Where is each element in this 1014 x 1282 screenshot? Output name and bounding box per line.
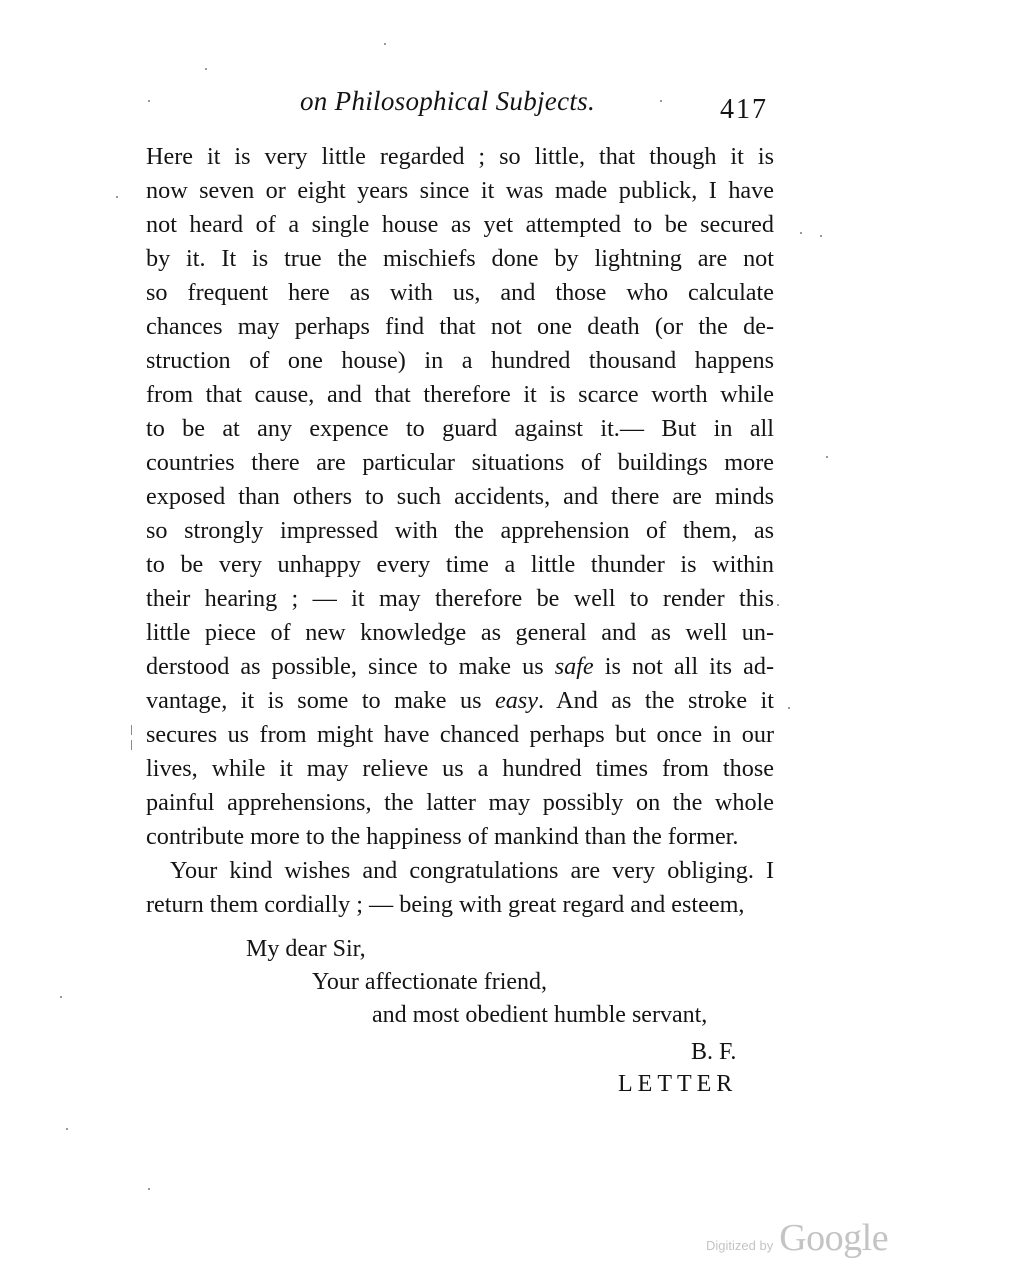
google-logo-text: Google	[779, 1217, 888, 1259]
scan-speck	[60, 996, 62, 998]
signature: B. F.	[691, 1037, 736, 1067]
scan-speck	[116, 196, 118, 198]
text-line: chances may perhaps find that not one de…	[146, 310, 774, 344]
digitized-watermark: Digitized by Google	[706, 1216, 888, 1260]
text-line: contribute more to the happiness of mank…	[146, 820, 774, 854]
text-line: countries there are particular situation…	[146, 446, 774, 480]
scan-speck	[820, 235, 822, 237]
scan-speck	[66, 1128, 68, 1130]
text-line: painful apprehensions, the latter may po…	[146, 786, 774, 820]
text-line: from that cause, and that therefore it i…	[146, 378, 774, 412]
scan-speck	[148, 100, 150, 102]
text-line: vantage, it is some to make us easy. And…	[146, 684, 774, 718]
text-line: now seven or eight years since it was ma…	[146, 174, 774, 208]
text-line: their hearing ; — it may therefore be we…	[146, 582, 774, 616]
text-run: . And as the stroke it	[538, 687, 774, 714]
scan-speck	[660, 100, 662, 102]
scan-speck	[777, 604, 779, 606]
catchword: LETTER	[618, 1071, 737, 1098]
text-line: Your kind wishes and congratulations are…	[146, 854, 774, 888]
scan-speck	[205, 68, 207, 70]
scan-speck	[826, 456, 828, 458]
text-line: to be very unhappy every time a little t…	[146, 548, 774, 582]
text-line: so strongly impressed with the apprehens…	[146, 514, 774, 548]
text-line: not heard of a single house as yet attem…	[146, 208, 774, 242]
scan-speck	[148, 1188, 150, 1190]
scan-speck	[788, 707, 790, 709]
scan-speck	[800, 232, 802, 234]
margin-mark	[131, 740, 132, 750]
text-line: by it. It is true the mischiefs done by …	[146, 242, 774, 276]
text-line: to be at any expence to guard against it…	[146, 412, 774, 446]
text-line: return them cordially ; — being with gre…	[146, 888, 774, 922]
italic-word-safe: safe	[555, 653, 594, 680]
text-line: secures us from might have chanced perha…	[146, 718, 774, 752]
running-title: on Philosophical Subjects.	[300, 86, 595, 117]
text-run: is not all its ad-	[594, 653, 774, 680]
italic-word-easy: easy	[495, 687, 538, 714]
text-line: struction of one house) in a hundred tho…	[146, 344, 774, 378]
letter-body: Here it is very little regarded ; so lit…	[146, 140, 774, 922]
text-run: derstood as possible, since to make us	[146, 653, 555, 680]
text-line: Here it is very little regarded ; so lit…	[146, 140, 774, 174]
text-line: derstood as possible, since to make us s…	[146, 650, 774, 684]
page-number: 417	[720, 94, 768, 126]
text-line: so frequent here as with us, and those w…	[146, 276, 774, 310]
salutation: My dear Sir,	[246, 934, 366, 964]
scan-speck	[384, 43, 386, 45]
text-run: vantage, it is some to make us	[146, 687, 495, 714]
book-page: on Philosophical Subjects. 417 Here it i…	[0, 0, 1014, 1282]
text-line: little piece of new knowledge as general…	[146, 616, 774, 650]
closing-line-1: Your affectionate friend,	[312, 967, 547, 997]
watermark-prefix: Digitized by	[706, 1238, 773, 1253]
closing-line-2: and most obedient humble servant,	[372, 1000, 707, 1030]
text-line: lives, while it may relieve us a hundred…	[146, 752, 774, 786]
margin-mark	[131, 725, 132, 735]
text-line: exposed than others to such accidents, a…	[146, 480, 774, 514]
